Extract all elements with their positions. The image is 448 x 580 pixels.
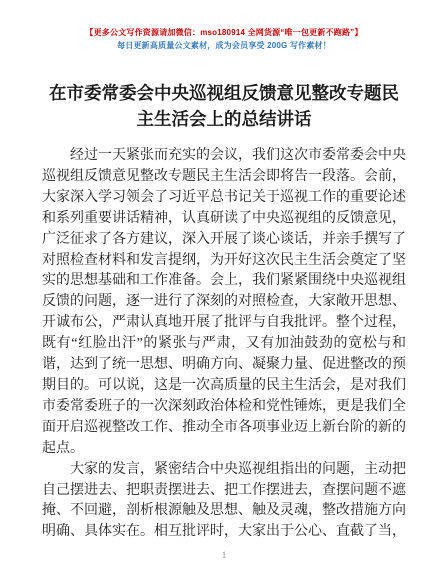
- promo-line-red: 【更多公文写作资源请加微信：mso180914 全网货源“唯一包更新不跑路”】: [0, 26, 448, 39]
- document-page: 【更多公文写作资源请加微信：mso180914 全网货源“唯一包更新不跑路”】 …: [0, 0, 448, 580]
- promo-watermark-header: 【更多公文写作资源请加微信：mso180914 全网货源“唯一包更新不跑路”】 …: [0, 0, 448, 52]
- page-number: 1: [0, 550, 448, 560]
- document-title: 在市委常委会中央巡视组反馈意见整改专题民主生活会上的总结讲话: [43, 80, 405, 132]
- paragraph-1: 经过一天紧张而充实的会议，我们这次市委常委会中央巡视组反馈意见整改专题民主生活会…: [42, 146, 406, 460]
- promo-line-blue: 每日更新高质量公文素材，成为会员享受 200G 写作素材！: [0, 39, 448, 52]
- paragraph-2: 大家的发言，紧密结合中央巡视组指出的问题，主动把自己摆进去、把职责摆进去、把工作…: [42, 460, 406, 538]
- document-body: 经过一天紧张而充实的会议，我们这次市委常委会中央巡视组反馈意见整改专题民主生活会…: [42, 146, 406, 538]
